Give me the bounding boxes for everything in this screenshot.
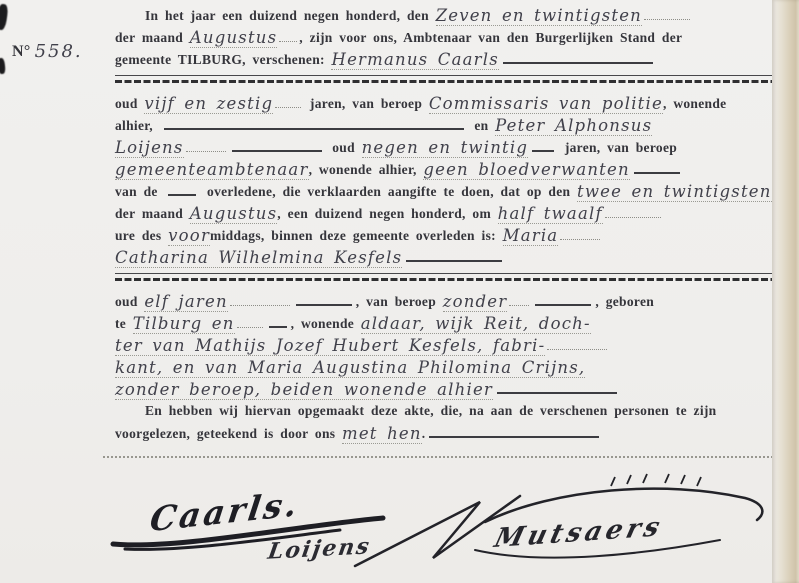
dotted-fill-line xyxy=(230,296,290,306)
text-line: te Tilburg en, wonende aldaar, wijk Reit… xyxy=(115,312,775,334)
text-line: alhier, en Peter Alphonsus xyxy=(115,114,775,136)
dotted-fill-line xyxy=(547,340,607,350)
handwritten-text: Commissaris van politie xyxy=(429,94,663,114)
dotted-fill-line xyxy=(275,98,301,108)
printed-text: jaren, van beroep xyxy=(303,96,429,111)
dash-fill-line xyxy=(497,383,617,394)
dotted-divider-rule xyxy=(103,456,793,458)
death-certificate-scan: N° 558. In het jaar een duizend negen ho… xyxy=(0,0,799,583)
printed-text: oud xyxy=(326,140,362,155)
act-body-text: In het jaar een duizend negen honderd, d… xyxy=(115,4,775,458)
handwritten-text: Augustus xyxy=(190,28,278,48)
handwritten-text: zonder xyxy=(443,292,508,312)
dotted-fill-line xyxy=(279,32,297,42)
printed-text: , wonende xyxy=(291,316,361,331)
printed-text: En hebben wij hiervan opgemaakt deze akt… xyxy=(145,403,717,418)
dotted-fill-line xyxy=(644,10,690,20)
handwritten-text: geen bloedverwanten xyxy=(423,160,629,180)
printed-text: In het jaar een duizend negen honderd, d… xyxy=(145,8,436,23)
text-line: zonder beroep, beiden wonende alhier xyxy=(115,378,775,400)
text-line: Loijens oud negen en twintig jaren, van … xyxy=(115,136,775,158)
act-number-label: N° xyxy=(12,43,31,60)
printed-text: . xyxy=(422,426,426,441)
printed-text: alhier, xyxy=(115,118,160,133)
text-line: ure des voormiddags, binnen deze gemeent… xyxy=(115,224,775,246)
paragraph: En hebben wij hiervan opgemaakt deze akt… xyxy=(115,400,775,444)
text-line: der maand Augustus, zijn voor ons, Ambte… xyxy=(115,26,775,48)
dotted-fill-line xyxy=(237,318,263,328)
handwritten-text: gemeenteambtenaar xyxy=(115,160,309,180)
section-divider-rule xyxy=(115,273,775,281)
dotted-fill-line xyxy=(605,208,661,218)
handwritten-text: ter van Mathijs Jozef Hubert Kesfels, fa… xyxy=(115,336,545,356)
section-divider-rule xyxy=(115,75,775,83)
handwritten-text: Catharina Wilhelmina Kesfels xyxy=(115,248,402,268)
text-line: gemeente TILBURG, verschenen: Hermanus C… xyxy=(115,48,775,70)
printed-text: voorgelezen, geteekend is door ons xyxy=(115,426,342,441)
printed-text: oud xyxy=(115,294,144,309)
handwritten-text: Augustus xyxy=(190,204,278,224)
handwritten-text: Peter Alphonsus xyxy=(495,116,652,136)
text-line: van de overledene, die verklaarden aangi… xyxy=(115,180,775,202)
dotted-fill-line xyxy=(560,230,600,240)
dash-fill-line xyxy=(232,141,322,152)
paragraph: In het jaar een duizend negen honderd, d… xyxy=(115,4,775,70)
printed-text: ure des xyxy=(115,228,168,243)
text-line: oud vijf en zestig jaren, van beroep Com… xyxy=(115,92,775,114)
handwritten-text: Hermanus Caarls xyxy=(331,50,498,70)
act-number: N° 558. xyxy=(12,40,83,61)
paragraph: oud vijf en zestig jaren, van beroep Com… xyxy=(115,92,775,268)
text-line: gemeenteambtenaar, wonende alhier, geen … xyxy=(115,158,775,180)
printed-text: overledene, die verklaarden aangifte te … xyxy=(200,184,577,199)
printed-text: gemeente TILBURG, verschenen: xyxy=(115,52,331,67)
indent-spacer xyxy=(115,19,145,20)
printed-text: , een duizend negen honderd, om xyxy=(277,206,497,221)
handwritten-text: twee en twintigsten xyxy=(577,182,772,202)
handwritten-text: Loijens xyxy=(115,138,184,158)
text-line: In het jaar een duizend negen honderd, d… xyxy=(115,4,775,26)
indent-spacer xyxy=(115,414,145,415)
dash-fill-line xyxy=(164,119,464,130)
act-number-value: 558. xyxy=(35,41,83,62)
text-line: der maand Augustus, een duizend negen ho… xyxy=(115,202,775,224)
ink-smudge xyxy=(0,3,9,30)
paragraph: oud elf jaren, van beroep zonder, gebore… xyxy=(115,290,775,400)
handwritten-text: elf jaren xyxy=(144,292,227,312)
printed-text: , wonende alhier, xyxy=(309,162,424,177)
handwritten-text: zonder beroep, beiden wonende alhier xyxy=(115,380,493,400)
dotted-fill-line xyxy=(509,296,529,306)
handwritten-text: vijf en zestig xyxy=(144,94,273,114)
text-line: ter van Mathijs Jozef Hubert Kesfels, fa… xyxy=(115,334,775,356)
dash-fill-line xyxy=(429,427,599,438)
text-line: oud elf jaren, van beroep zonder, gebore… xyxy=(115,290,775,312)
dash-fill-line xyxy=(406,251,502,262)
page-edge xyxy=(772,0,799,583)
printed-text: , geboren xyxy=(595,294,654,309)
text-line: voorgelezen, geteekend is door ons met h… xyxy=(115,422,775,444)
handwritten-text: met hen xyxy=(342,424,422,444)
dash-fill-line xyxy=(269,317,287,328)
dash-fill-line xyxy=(535,295,591,306)
dash-fill-line xyxy=(168,185,196,196)
printed-text: middags, binnen deze gemeente overleden … xyxy=(210,228,503,243)
printed-text: te xyxy=(115,316,133,331)
handwritten-text: Zeven en twintigsten xyxy=(436,6,642,26)
handwritten-text: half twaalf xyxy=(498,204,603,224)
printed-text: oud xyxy=(115,96,144,111)
printed-text: , wonende xyxy=(663,96,726,111)
handwritten-text: negen en twintig xyxy=(362,138,529,158)
dash-fill-line xyxy=(296,295,352,306)
printed-text: der maand xyxy=(115,30,190,45)
text-line: Catharina Wilhelmina Kesfels xyxy=(115,246,775,268)
handwritten-text: Maria xyxy=(503,226,559,246)
text-line: En hebben wij hiervan opgemaakt deze akt… xyxy=(115,400,775,422)
dash-fill-line xyxy=(503,53,653,64)
printed-text: van de xyxy=(115,184,164,199)
handwritten-text: aldaar, wijk Reit, doch- xyxy=(361,314,591,334)
dash-fill-line xyxy=(532,141,554,152)
text-line: kant, en van Maria Augustina Philomina C… xyxy=(115,356,775,378)
dotted-fill-line xyxy=(186,142,226,152)
handwritten-text: Tilburg en xyxy=(133,314,235,334)
printed-text: en xyxy=(468,118,495,133)
printed-text: , van beroep xyxy=(356,294,443,309)
handwritten-text: kant, en van Maria Augustina Philomina C… xyxy=(115,358,585,378)
dash-fill-line xyxy=(634,163,680,174)
printed-text: der maand xyxy=(115,206,190,221)
printed-text: , zijn voor ons, Ambtenaar van den Burge… xyxy=(299,30,682,45)
signature-loijens: Loijens xyxy=(266,533,373,565)
printed-text: jaren, van beroep xyxy=(558,140,677,155)
ink-smudge xyxy=(0,58,6,75)
handwritten-text: voor xyxy=(168,226,210,246)
